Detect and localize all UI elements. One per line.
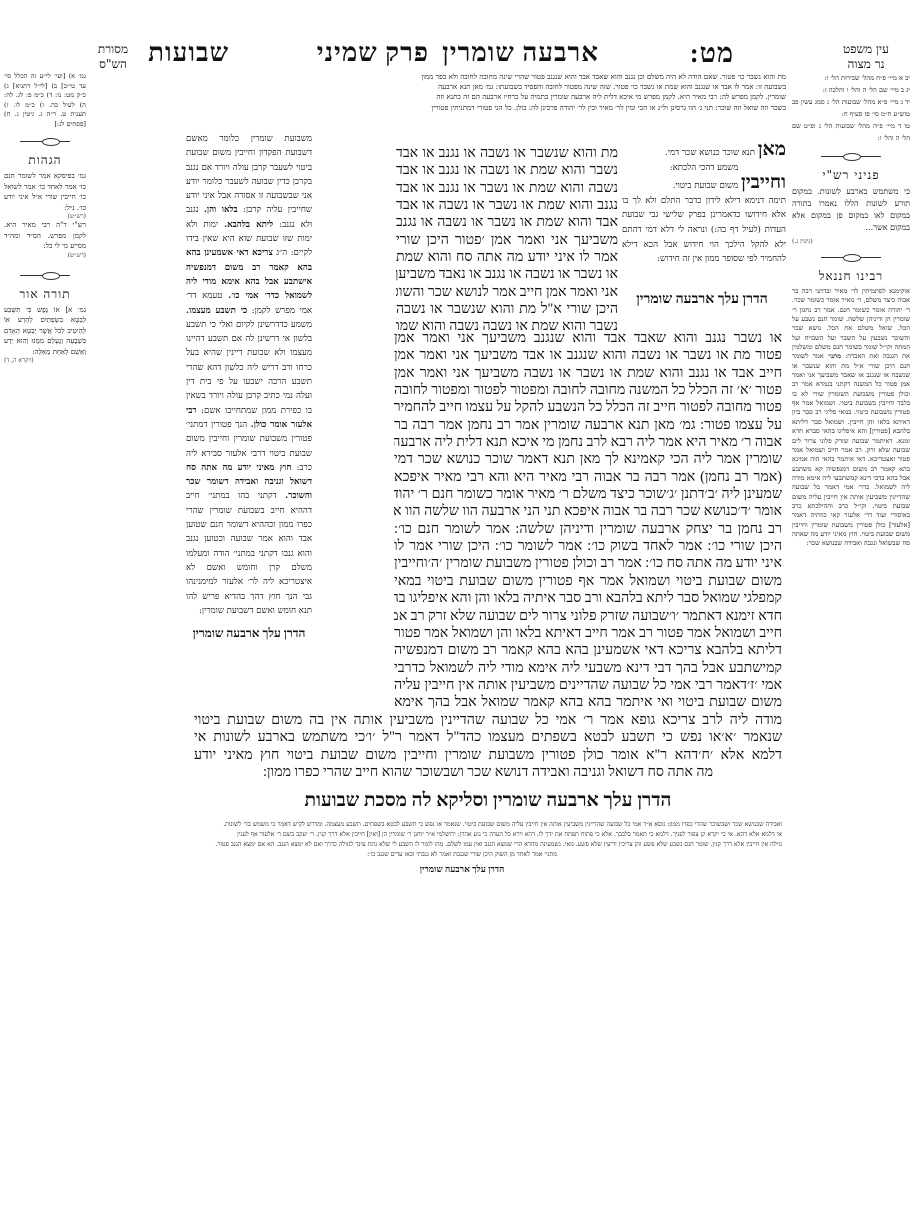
divider-ornament	[20, 271, 70, 279]
footnote-line: גזילה אין חייבין אלא דרך קנין. שומר חנם …	[142, 840, 782, 850]
running-title: מט:	[690, 38, 734, 69]
torah-ohr-source: (ויקרא ה, ד)	[4, 357, 86, 364]
footnotes-block: ואבידה שבנושא שכר ושבשוכר שהרי כפרו ממון…	[142, 820, 782, 874]
ein-mishpat-header: עין משפט נר מצוה	[826, 42, 906, 72]
ner-mitzvah-title: נר מצוה	[826, 57, 906, 72]
penei-rashi-text: כי משתמש בארבע לשונות. במקום תורע לשונות…	[792, 186, 910, 234]
chapter-name: ארבעה שומרין	[442, 38, 599, 68]
tractate-name: שבועות	[148, 38, 229, 68]
footnote-line: אי דלמא אלא דהא. אי כי יקרא קן צפור לפני…	[142, 830, 782, 840]
hashas-title: הש"ס	[78, 57, 148, 72]
mesoret-header: מסורת הש"ס	[78, 42, 148, 72]
tractate-end-hadran: הדרן עלך ארבעה שומרין וסליקא לה מסכת שבו…	[194, 790, 782, 812]
divider-ornament	[821, 253, 881, 261]
divider-ornament	[821, 152, 881, 160]
left-margin-column: גמ׳ א) [ועי׳ לי״ע זה הכלל סי׳ עד טי״ב] ב…	[4, 72, 86, 364]
rashi-line: בשכר וזה שואל וזה שוכר: תני ג׳ הוו גרסינ…	[186, 103, 786, 113]
ein-mishpat-entry: יג ב מיי׳ שם הל׳ ה והל׳ ו והלכה ז:	[792, 84, 910, 96]
hagahot-source: (רש״ש)	[4, 252, 86, 259]
ein-mishpat-column: יב א מיי׳ פ״ח מהל׳ שכירות הל׳ ו: יג ב מי…	[792, 72, 910, 549]
ein-mishpat-entry: יב א מיי׳ פ״ח מהל׳ שכירות הל׳ ו:	[792, 72, 910, 84]
penei-rashi-source: (גיטין ג.)	[792, 238, 910, 245]
footnote-line: מתני׳ אמר לאחד מן השוק היכן שורי שגנבת ו…	[142, 850, 782, 860]
rashi-hadran: הדרן עלך ארבעה שומרין	[186, 626, 312, 640]
rabbeinu-chananel-title: רבינו חננאל	[792, 269, 910, 284]
torah-ohr-text: גמ׳ א] אוֹ נֶפֶשׁ כִּי תִשָּׁבַע לְבַטֵּ…	[4, 305, 86, 358]
hagahot-source: (רש״ש)	[4, 213, 86, 220]
ein-mishpat-title: עין משפט	[826, 42, 906, 57]
divider-ornament	[20, 137, 70, 145]
mesoret-title: מסורת	[78, 42, 148, 57]
rabbeinu-chananel-text: אוקימנא לסתמיתין לר׳ מאיר ובדתני רבה בר …	[792, 287, 910, 549]
hagahot-text: גמ׳ בפיסקא אמר לשומר חנם כו׳ אמר לאחד כו…	[4, 171, 86, 213]
gemara-block-b: או נשבר נגנב והוא שאבד אבד והוא שנגנב מש…	[394, 330, 782, 712]
rashi-line: בשבועה זו: אמר לו אבד או שנגנב והוא שמת …	[186, 82, 786, 92]
ein-mishpat-entry: טו ד מיי׳ פ״ה מהל׳ שבועות הל׳ ג ופ״ט שם …	[792, 120, 910, 144]
ein-mishpat-entry: יד ג מיי׳ פ״א מהל׳ שבועות הל׳ ג סמג עשין…	[792, 96, 910, 120]
rashi-left-column: משבועת שומרין כלומר מאשם דשבועת הפקדון ו…	[186, 132, 312, 640]
tosafot-column: מאן תנא שוכר כנושא שכר דמי. משמע דהכי הל…	[622, 142, 786, 267]
talmud-page: עין משפט נר מצוה מט: ארבעה שומרין פרק שמ…	[0, 0, 914, 1213]
penei-rashi-title: פניני רש"י	[792, 168, 910, 183]
mesoret-hashas-text: גמ׳ א) [ועי׳ לי״ע זה הכלל סי׳ עד טי״ב] ב…	[4, 72, 86, 129]
gemara-block-c: מודה ליה לרב צריכא גופא אמר ר׳ אמי כל שב…	[194, 712, 782, 781]
rashi-top-commentary: מת והוא נשבר כו׳ פטור. שאם הודה לא היה מ…	[186, 72, 786, 113]
chapter-number: פרק שמיני	[317, 38, 429, 68]
footnote-line: ואבידה שבנושא שכר ושבשוכר שהרי כפרו ממון…	[142, 820, 782, 830]
torah-ohr-title: תורה אור	[4, 287, 86, 302]
gemara-block-a: מת והוא שנשבר או נשבה או נגנב או אבד נשב…	[396, 145, 618, 336]
rashi-line: שומרין. לקמן מפרש לה: רבי מאיר היא. לקמן…	[186, 92, 786, 102]
rashi-line: מת והוא נשבר כו׳ פטור. שאם הודה לא היה מ…	[186, 72, 786, 82]
hagahot-title: הגהות	[4, 153, 86, 168]
chapter-end-hadran: הדרן עלך ארבעה שומרין	[622, 292, 782, 308]
footnote-hadran: הדרן עלך ארבעה שומרין	[142, 864, 782, 874]
hagahot-rashi-note: רש"י ד"ה רבי מאיר היא. לקמן מפרש. הס״ד ו…	[4, 220, 86, 252]
